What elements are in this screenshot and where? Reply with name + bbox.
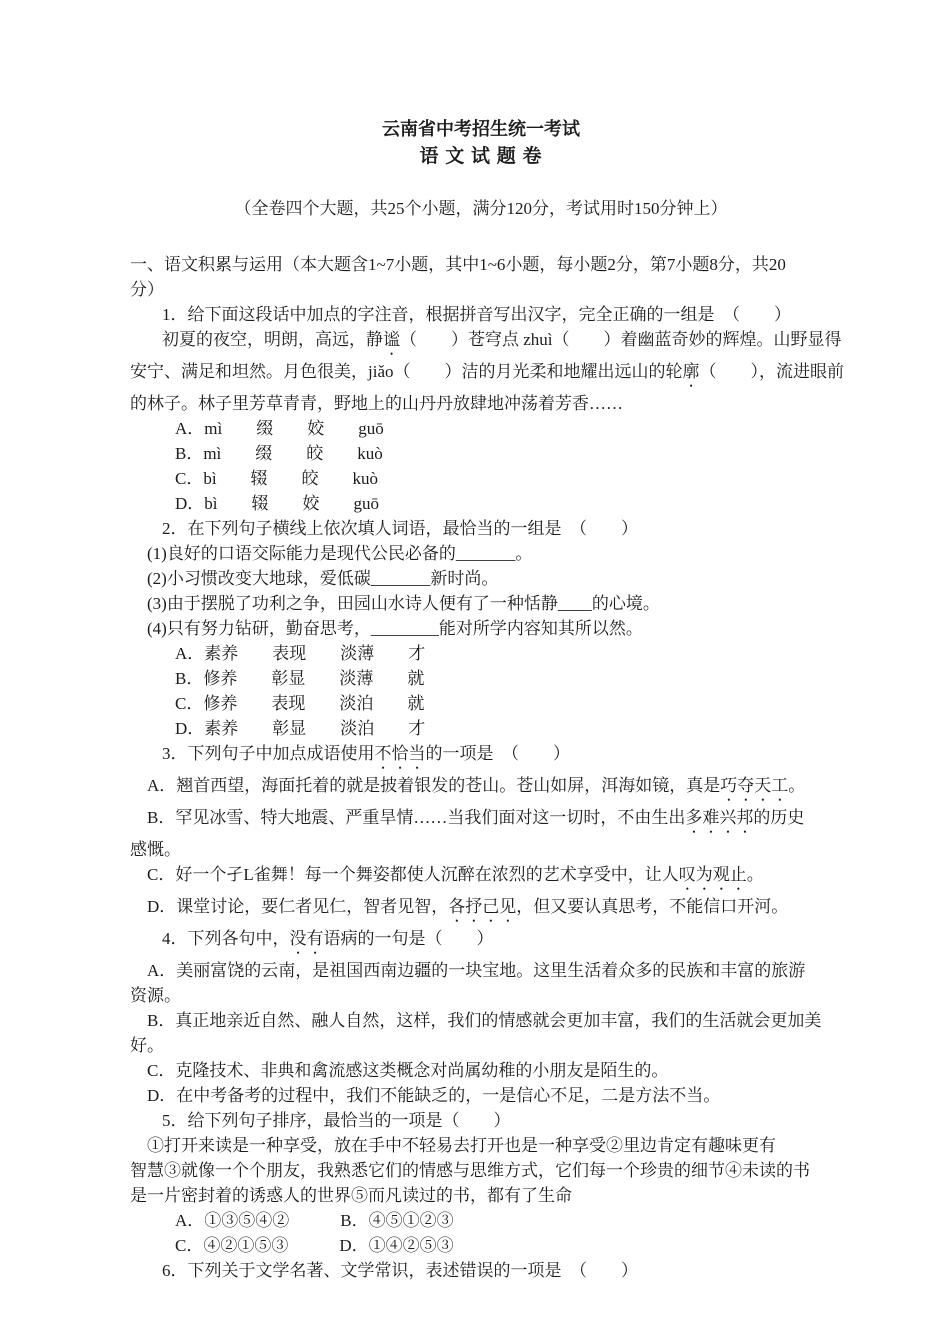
text-segment: C．④②①⑤③ D．①④②⑤③ — [175, 1236, 454, 1255]
text-segment: 的历史 — [753, 808, 804, 827]
text-segment: A．美丽富饶的云南，是祖国西南边疆的一块宝地。这里生活着众多的民族和丰富的旅游 — [147, 961, 805, 980]
paper-subject-title: 语 文 试 题 卷 — [130, 142, 832, 172]
text-segment: 6．下列关于文学名著、文学常识，表述错误的一项是 （ ） — [162, 1261, 638, 1280]
emphasized-text: 多难兴邦 — [685, 808, 753, 827]
text-segment: （ ），流进眼前 — [700, 362, 845, 381]
q5-passage-line3: 是一片密封着的诱惑人的世界⑤而凡读过的书，都有了生命 — [130, 1183, 832, 1208]
text-segment: 智慧③就像一个个朋友，我熟悉它们的情感与思维方式，它们每一个珍贵的细节④未读的书 — [130, 1161, 810, 1180]
q1-option-d: D．bì 辍 姣 guō — [130, 491, 832, 516]
q4-option-b-line1: B．真正地亲近自然、融人自然，这样，我们的情感就会更加丰富，我们的生活就会更加美 — [130, 1008, 832, 1033]
text-segment: 资源。 — [130, 986, 181, 1005]
q5-options-cd: C．④②①⑤③ D．①④②⑤③ — [130, 1233, 832, 1258]
text-segment: 。 — [788, 776, 805, 795]
emphasized-text: 没有 — [290, 929, 324, 948]
text-segment: 1．给下面这段话中加点的字注音，根据拼音写出汉字，完全正确的一组是 （ ） — [162, 305, 791, 324]
text-segment: 分） — [130, 280, 164, 299]
q5-passage-line1: ①打开来读是一种享受，放在手中不轻易去打开也是一种享受②里边肯定有趣味更有 — [130, 1133, 832, 1158]
q4-option-a-line2: 资源。 — [130, 983, 832, 1008]
q2-item-4: (4)只有努力钻研，勤奋思考，________能对所学内容知其所以然。 — [130, 616, 832, 641]
text-segment: A．翘首西望，海面托着的就是披着银发的苍山。苍山如屏，洱海如镜，真是 — [147, 776, 720, 795]
q4-option-b-line2: 好。 — [130, 1033, 832, 1058]
text-segment: C．克隆技术、非典和禽流感这类概念对尚属幼稚的小朋友是陌生的。 — [147, 1061, 668, 1080]
section-1-heading-line2: 分） — [130, 277, 832, 302]
q1-option-c: C．bì 辍 皎 kuò — [130, 466, 832, 491]
q2-option-d: D．素养 彰显 淡泊 才 — [130, 716, 832, 741]
emphasized-text: 叹为观止 — [679, 865, 747, 884]
text-segment: ，但又要认真思考，不能信口开河。 — [516, 897, 788, 916]
paper-exam-note: （全卷四个大题，共25个小题，满分120分，考试用时150分钟上） — [130, 196, 832, 222]
q2-option-b: B．修养 彰显 淡薄 就 — [130, 666, 832, 691]
text-segment: B．罕见冰雪、特大地震、严重旱情……当我们面对这一切时，不由生出 — [147, 808, 685, 827]
exam-paper-content: 云南省中考招生统一考试 语 文 试 题 卷 （全卷四个大题，共25个小题，满分1… — [0, 0, 950, 1283]
q2-item-3: (3)由于摆脱了功利之争，田园山水诗人便有了一种恬静____的心境。 — [130, 591, 832, 616]
q1-option-b: B．mì 缀 皎 kuò — [130, 441, 832, 466]
q6-stem: 6．下列关于文学名著、文学常识，表述错误的一项是 （ ） — [130, 1258, 832, 1283]
emphasized-text: 不恰当 — [375, 744, 426, 763]
q1-stem: 1．给下面这段话中加点的字注音，根据拼音写出汉字，完全正确的一组是 （ ） — [130, 302, 832, 327]
text-segment: A．素养 表现 淡薄 才 — [175, 644, 425, 663]
document-lines: 一、语文积累与运用（本大题含1~7小题，其中1~6小题，每小题2分，第7小题8分… — [130, 252, 832, 1283]
text-segment: 2．在下列句子横线上依次填人词语，最恰当的一组是 （ ） — [162, 519, 638, 538]
q1-option-a: A．mì 缀 姣 guō — [130, 416, 832, 441]
q2-item-2: (2)小习惯改变大地球，爱低碳_______新时尚。 — [130, 566, 832, 591]
q4-option-c: C．克隆技术、非典和禽流感这类概念对尚属幼稚的小朋友是陌生的。 — [130, 1058, 832, 1083]
text-segment: 一、语文积累与运用（本大题含1~7小题，其中1~6小题，每小题2分，第7小题8分… — [130, 255, 786, 274]
emphasized-text: 巧夺天工 — [720, 776, 788, 795]
text-segment: C．bì 辍 皎 kuò — [175, 469, 378, 488]
q2-item-1: (1)良好的口语交际能力是现代公民必备的_______。 — [130, 541, 832, 566]
text-segment: 好。 — [130, 1036, 164, 1055]
q5-options-ab: A．①③⑤④② B．④⑤①②③ — [130, 1208, 832, 1233]
q5-passage-line2: 智慧③就像一个个朋友，我熟悉它们的情感与思维方式，它们每一个珍贵的细节④未读的书 — [130, 1158, 832, 1183]
q1-passage-line2: 安宁、满足和坦然。月色很美，jiǎo（ ）洁的月光柔和地耀出远山的轮廓（ ），流… — [130, 359, 832, 391]
q1-passage-line1: 初夏的夜空，明朗，高远，静谧（ ）苍穹点 zhuì（ ）着幽蓝奇妙的辉煌。山野显… — [130, 327, 832, 359]
text-segment: B．mì 缀 皎 kuò — [175, 444, 383, 463]
text-segment: (3)由于摆脱了功利之争，田园山水诗人便有了一种恬静____的心境。 — [147, 594, 660, 613]
text-segment: 的林子。林子里芳草青青，野地上的山丹丹放肆地冲荡着芳香…… — [130, 394, 623, 413]
exam-paper-page: 云南省中考招生统一考试 语 文 试 题 卷 （全卷四个大题，共25个小题，满分1… — [0, 0, 950, 1344]
text-segment: 语病的一句是（ ） — [324, 929, 494, 948]
q3-option-b-line2: 感慨。 — [130, 837, 832, 862]
q3-option-a: A．翘首西望，海面托着的就是披着银发的苍山。苍山如屏，洱海如镜，真是巧夺天工。 — [130, 773, 832, 805]
text-segment: B．真正地亲近自然、融人自然，这样，我们的情感就会更加丰富，我们的生活就会更加美 — [147, 1011, 821, 1030]
text-segment: C．修养 表现 淡泊 就 — [175, 694, 424, 713]
text-segment: D．bì 辍 姣 guō — [175, 494, 379, 513]
q2-option-a: A．素养 表现 淡薄 才 — [130, 641, 832, 666]
section-1-heading-line1: 一、语文积累与运用（本大题含1~7小题，其中1~6小题，每小题2分，第7小题8分… — [130, 252, 832, 277]
text-segment: 。 — [747, 865, 764, 884]
text-segment: 初夏的夜空，明朗，高远，静 — [162, 330, 383, 349]
q3-option-b-line1: B．罕见冰雪、特大地震、严重旱情……当我们面对这一切时，不由生出多难兴邦的历史 — [130, 805, 832, 837]
text-segment: C．好一个孑L雀舞！每一个舞姿都使人沉醉在浓烈的艺术享受中，让人 — [147, 865, 679, 884]
text-segment: 的一项是 （ ） — [426, 744, 571, 763]
text-segment: 4．下列各句中， — [162, 929, 290, 948]
paper-title: 云南省中考招生统一考试 — [130, 116, 832, 142]
text-segment: (2)小习惯改变大地球，爱低碳_______新时尚。 — [147, 569, 498, 588]
text-segment: 5．给下列句子排序，最恰当的一项是（ ） — [162, 1111, 511, 1130]
text-segment: ①打开来读是一种享受，放在手中不轻易去打开也是一种享受②里边肯定有趣味更有 — [147, 1136, 776, 1155]
q3-option-c: C．好一个孑L雀舞！每一个舞姿都使人沉醉在浓烈的艺术享受中，让人叹为观止。 — [130, 862, 832, 894]
text-segment: 是一片密封着的诱惑人的世界⑤而凡读过的书，都有了生命 — [130, 1186, 572, 1205]
q4-stem: 4．下列各句中，没有语病的一句是（ ） — [130, 926, 832, 958]
q1-passage-line3: 的林子。林子里芳草青青，野地上的山丹丹放肆地冲荡着芳香…… — [130, 391, 832, 416]
text-segment: A．①③⑤④② B．④⑤①②③ — [175, 1211, 454, 1230]
emphasized-text: 廓 — [683, 362, 700, 381]
q3-option-d: D．课堂讨论，要仁者见仁，智者见智，各抒己见，但又要认真思考，不能信口开河。 — [130, 894, 832, 926]
text-segment: D．在中考备考的过程中，我们不能缺乏的，一是信心不足，二是方法不当。 — [147, 1086, 720, 1105]
emphasized-text: 各抒己见 — [448, 897, 516, 916]
text-segment: 3．下列句子中加点成语使用 — [162, 744, 375, 763]
text-segment: 安宁、满足和坦然。月色很美，jiǎo（ ）洁的月光柔和地耀出远山的轮 — [130, 362, 683, 381]
text-segment: D．课堂讨论，要仁者见仁，智者见智， — [147, 897, 448, 916]
text-segment: 感慨。 — [130, 840, 181, 859]
text-segment: D．素养 彰显 淡泊 才 — [175, 719, 425, 738]
text-segment: A．mì 缀 姣 guō — [175, 419, 384, 438]
q2-option-c: C．修养 表现 淡泊 就 — [130, 691, 832, 716]
text-segment: (4)只有努力钻研，勤奋思考，________能对所学内容知其所以然。 — [147, 619, 643, 638]
q4-option-d: D．在中考备考的过程中，我们不能缺乏的，一是信心不足，二是方法不当。 — [130, 1083, 832, 1108]
text-segment: B．修养 彰显 淡薄 就 — [175, 669, 424, 688]
emphasized-text: 谧 — [383, 330, 400, 349]
q5-stem: 5．给下列句子排序，最恰当的一项是（ ） — [130, 1108, 832, 1133]
q3-stem: 3．下列句子中加点成语使用不恰当的一项是 （ ） — [130, 741, 832, 773]
q4-option-a-line1: A．美丽富饶的云南，是祖国西南边疆的一块宝地。这里生活着众多的民族和丰富的旅游 — [130, 958, 832, 983]
text-segment: (1)良好的口语交际能力是现代公民必备的_______。 — [147, 544, 532, 563]
text-segment: （ ）苍穹点 zhuì（ ）着幽蓝奇妙的辉煌。山野显得 — [400, 330, 842, 349]
q2-stem: 2．在下列句子横线上依次填人词语，最恰当的一组是 （ ） — [130, 516, 832, 541]
